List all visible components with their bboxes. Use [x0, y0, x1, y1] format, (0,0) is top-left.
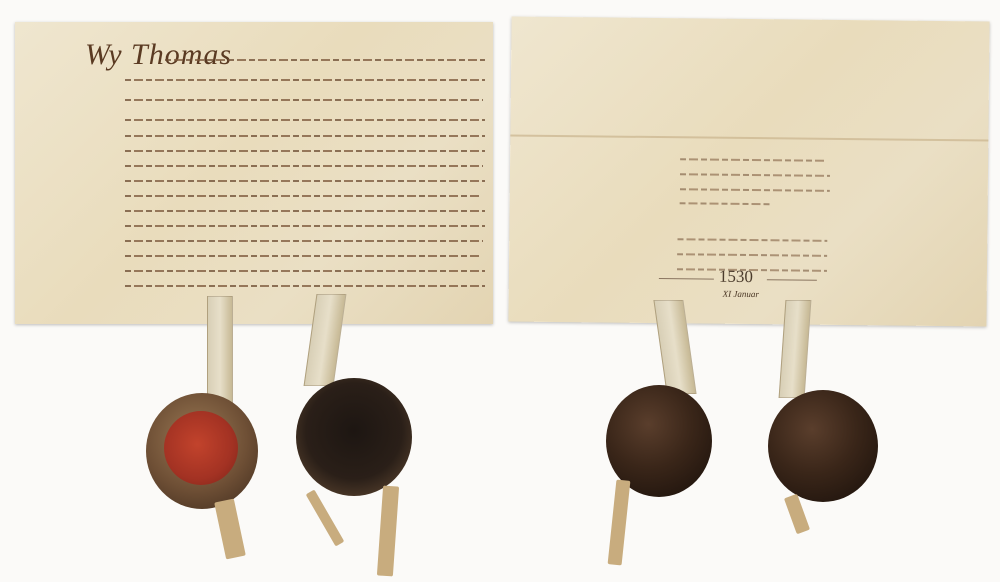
parchment-strap-4: [779, 300, 812, 398]
seal-3-strap-tail: [608, 480, 631, 566]
red-wax-seal-impression: [164, 411, 238, 485]
charter-incipit: Wy Thomas: [85, 38, 232, 72]
background-bleed-heading: [500, 345, 510, 387]
fold-line: [510, 134, 988, 141]
charter-right: 1530 XI Januar: [508, 17, 989, 327]
charter-left: Wy Thomas: [15, 22, 493, 324]
seal-4-strap-tail: [784, 494, 810, 534]
dark-wax-seal: [296, 378, 412, 496]
seal-2-strap-tail: [377, 486, 399, 577]
year-subnote: XI Januar: [723, 289, 759, 299]
dark-wax-seal-ball-2: [768, 390, 878, 502]
year-label: 1530: [719, 267, 753, 287]
dorsal-notes: [512, 17, 990, 22]
seal-1-strap-tail: [214, 499, 246, 560]
red-wax-seal: [146, 393, 258, 509]
seal-2-strap-tail-2: [306, 490, 345, 547]
parchment-strap-1: [207, 296, 233, 408]
